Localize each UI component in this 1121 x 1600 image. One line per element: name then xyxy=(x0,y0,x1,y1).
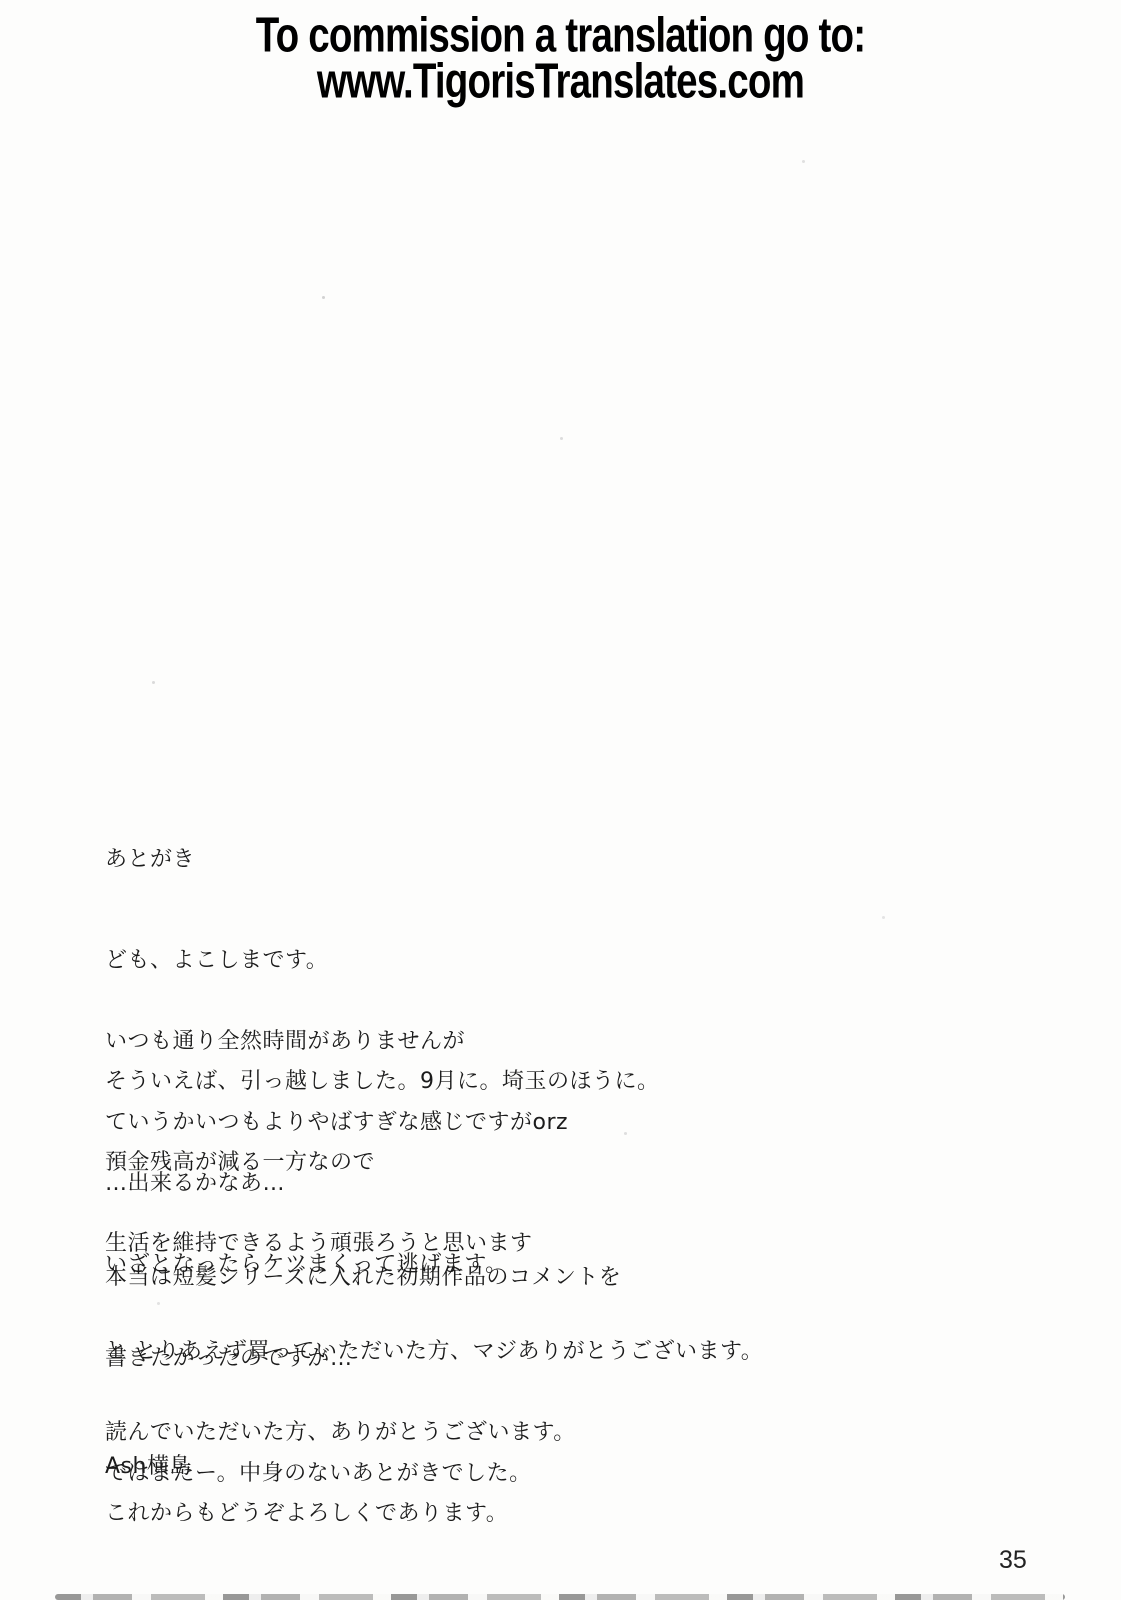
translator-url: www.TigorisTranslates.com xyxy=(101,57,1020,105)
text-line: と とりあえず買っていただいた方、マジありがとうございます。 xyxy=(105,1338,763,1365)
commission-line: To commission a translation go to: xyxy=(101,11,1020,59)
afterword-title: あとがき xyxy=(105,846,195,873)
text-line: …出来るかなあ… xyxy=(105,1170,508,1197)
translator-credit-header: To commission a translation go to: www.T… xyxy=(0,12,1121,104)
scan-edge-artifact xyxy=(55,1594,1065,1600)
page-number: 35 xyxy=(999,1546,1027,1575)
scanned-page: To commission a translation go to: www.T… xyxy=(0,0,1121,1600)
text-line: そういえば、引っ越しました。9月に。埼玉のほうに。 xyxy=(105,1068,660,1095)
scan-noise-specks xyxy=(322,296,325,299)
author-signature: Ash横島 xyxy=(105,1453,192,1480)
text-line: ども、よこしまです。 xyxy=(105,947,568,974)
